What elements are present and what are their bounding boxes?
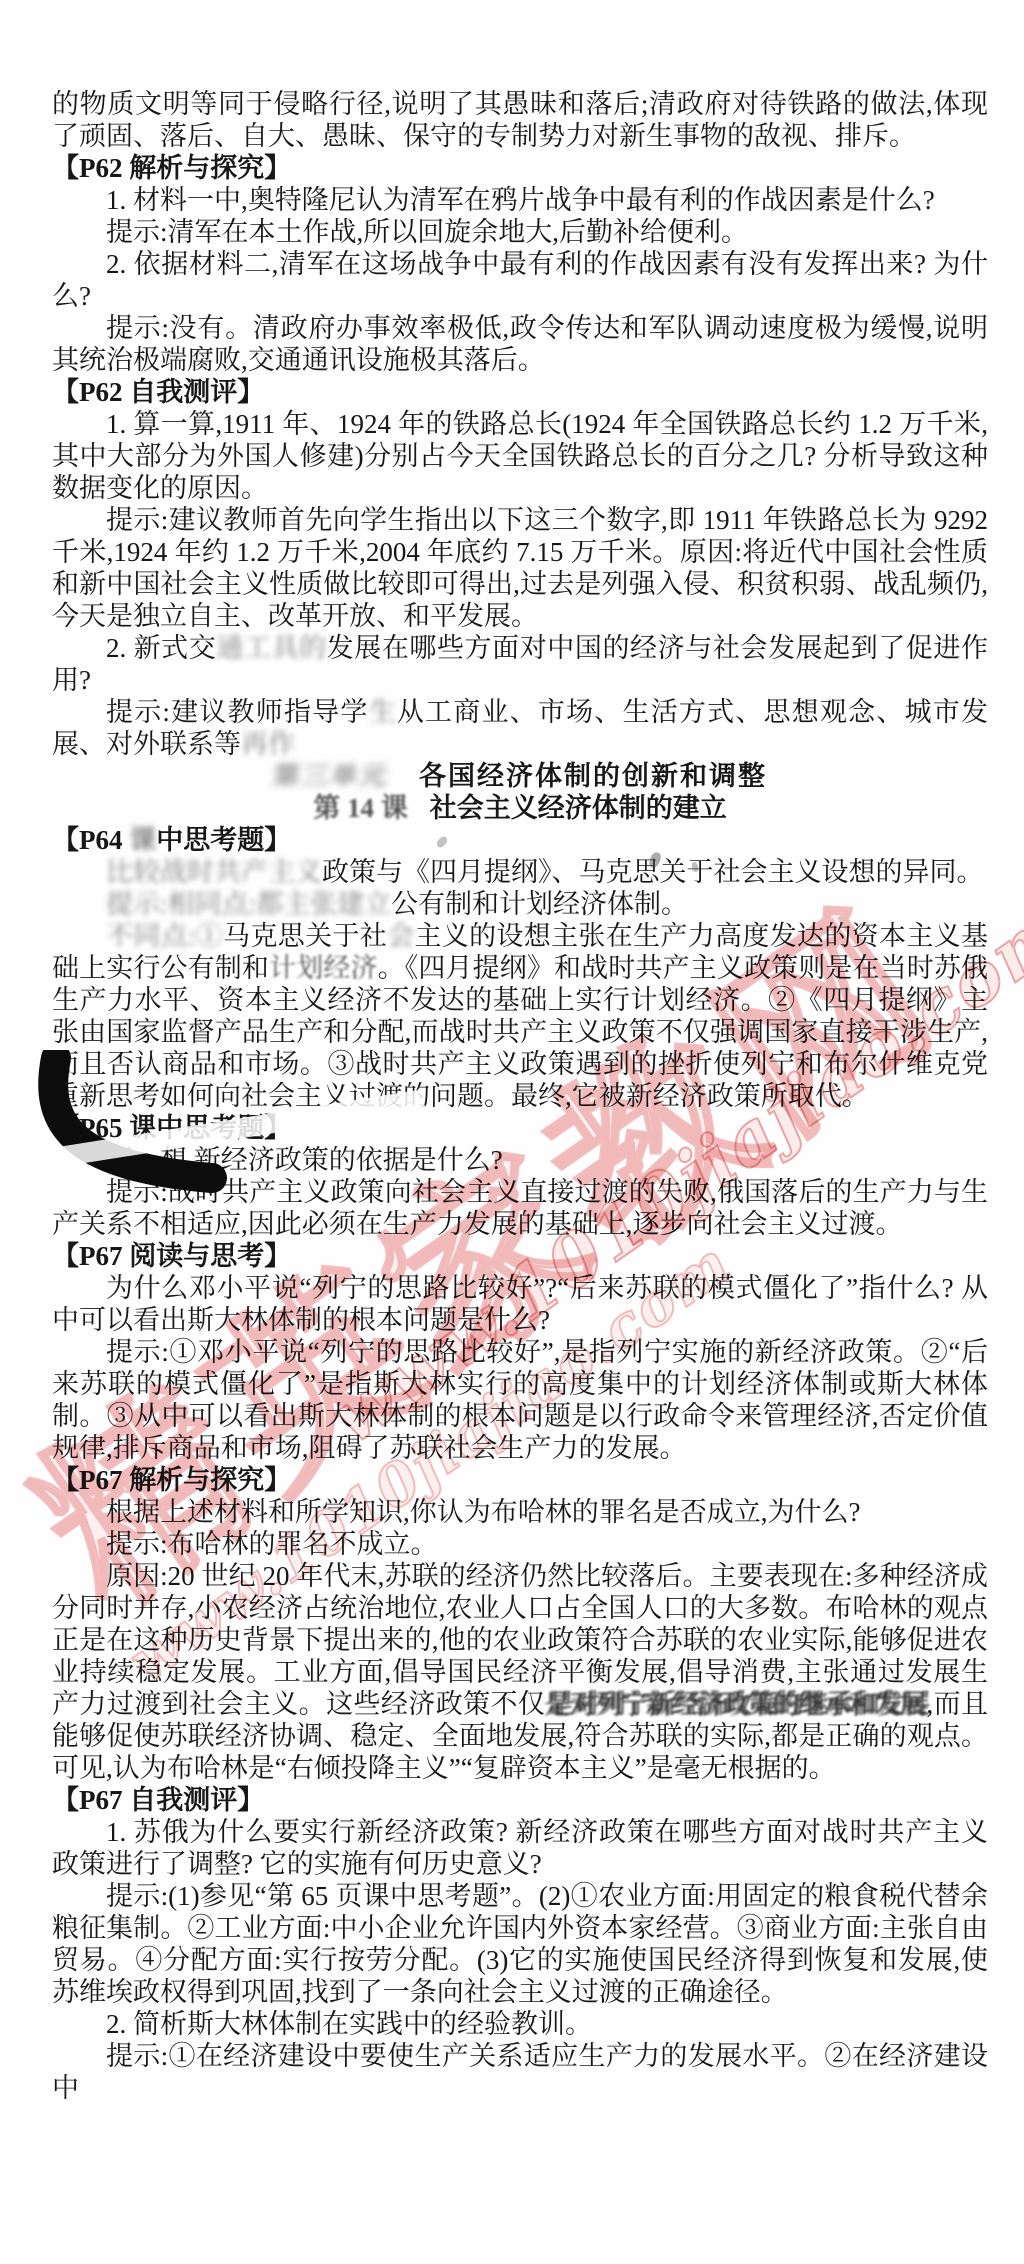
scanned-page: 的物质文明等同于侵略行径,说明了其愚昧和落后;清政府对待铁路的做法,体现了顽固、… (0, 0, 1024, 2264)
hint-line: 提示:①邓小平说“列宁的思路比较好”,是指列宁实施的新经济政策。②“后来苏联的模… (52, 1336, 988, 1464)
heading-p62-selftest: 【P62 自我测评】 (52, 376, 988, 408)
smudged-text: 生 (369, 697, 397, 727)
text-fragment: 公有制和计划经济体制。 (391, 889, 688, 919)
heading-p67-selftest: 【P67 自我测评】 (52, 1784, 988, 1816)
hint-line-smudged: 提示:建议教师指导学生从工商业、市场、生活方式、思想观念、城市发展、对外联系等再… (52, 696, 988, 760)
smudged-text: 提示:相同点:都主张建立 (106, 889, 391, 919)
unit-title-text: 各国经济体制的创新和调整 (419, 761, 767, 791)
question-line: 1. 材料一中,奥特隆尼认为清军在鸦片战争中最有利的作战因素是什么? (52, 184, 988, 216)
answer-paragraph-smudged: 原因:20 世纪 20 年代末,苏联的经济仍然比较落后。主要表现在:多种经济成分… (52, 1560, 988, 1784)
text-fragment: 提示:建议教师指导学 (106, 697, 369, 727)
hint-line: 提示:清军在本土作战,所以回旋余地大,后勤补给便利。 (52, 216, 988, 248)
hint-line-truncated: 提示:①在经济建设中要使生产关系适应生产力的发展水平。②在经济建设中 (52, 2040, 988, 2104)
text-fragment: 马克思关于社 (223, 921, 387, 951)
hint-line: 提示:战时共产主义政策向社会主义直接过渡的失败,俄国落后的生产力与生产关系不相适… (52, 1176, 988, 1240)
hint-line: 提示:布哈林的罪名不成立。 (52, 1528, 988, 1560)
smudged-text: 计划经济 (269, 953, 378, 983)
question-line-smudged: 比较战时共产主义政策与《四月提纲》、马克思关于社会主义设想的异同。 (52, 856, 988, 888)
hint-line-smudged: 提示:相同点:都主张建立公有制和计划经济体制。 (52, 888, 988, 920)
question-line: 2. 简析斯大林体制在实践中的经验教训。 (52, 2008, 988, 2040)
smudged-text: 会 (387, 921, 414, 951)
text-fragment: 政策与《四月提纲》、马克思关于社会主义设想的异同。 (322, 857, 984, 887)
heading-p67-read: 【P67 阅读与思考】 (52, 1240, 988, 1272)
text-fragment: 中思考题】 (156, 825, 291, 855)
question-line: 根据上述材料和所学知识,你认为布哈林的罪名是否成立,为什么? (52, 1496, 988, 1528)
question-line-smudged: 2. 新式交通工具的发展在哪些方面对中国的经济与社会发展起到了促进作用? (52, 632, 988, 696)
text-fragment: 2. 新式交 (106, 633, 216, 663)
page-text-column: 的物质文明等同于侵略行径,说明了其愚昧和落后;清政府对待铁路的做法,体现了顽固、… (52, 88, 988, 2104)
heading-p64-think: 【P64 课中思考题】 (52, 824, 988, 856)
smudged-text: 通工具的 (216, 633, 326, 663)
text-fragment: 【P64 (52, 825, 129, 855)
question-line: 想一想,新经济政策的依据是什么? (52, 1144, 988, 1176)
heading-p65-think: 【P65 课中思考题】 (52, 1112, 988, 1144)
smudged-text: 课 (129, 825, 156, 855)
double-printed-text: 是对列宁新经济政策的继承和发展 (545, 1689, 926, 1719)
lesson-title-text: 社会主义经济体制的建立 (430, 793, 727, 823)
answer-paragraph-smudged: 不同点:①马克思关于社会主义的设想主张在生产力高度发达的资本主义基础上实行公有制… (52, 920, 988, 1112)
hint-line: 提示:没有。清政府办事效率极低,政令传达和军队调动速度极为缓慢,说明其统治极端腐… (52, 312, 988, 376)
paragraph-intro-tail: 的物质文明等同于侵略行径,说明了其愚昧和落后;清政府对待铁路的做法,体现了顽固、… (52, 88, 988, 152)
hint-line: 提示:建议教师首先向学生指出以下这三个数字,即 1911 年铁路总长为 9292… (52, 504, 988, 632)
lesson-title: 第 14 课社会主义经济体制的建立 (52, 792, 988, 824)
heading-p62-explore: 【P62 解析与探究】 (52, 152, 988, 184)
question-line: 1. 苏俄为什么要实行新经济政策? 新经济政策在哪些方面对战时共产主义政策进行了… (52, 1816, 988, 1880)
question-line: 2. 依据材料二,清军在这场战争中最有利的作战因素有没有发挥出来? 为什么? (52, 248, 988, 312)
question-line: 1. 算一算,1911 年、1924 年的铁路总长(1924 年全国铁路总长约 … (52, 408, 988, 504)
heading-p67-explore: 【P67 解析与探究】 (52, 1464, 988, 1496)
unit-title: 第三单元各国经济体制的创新和调整 (52, 760, 988, 792)
smudged-text: 比较战时共产主义 (106, 857, 322, 887)
smudged-text: 不同点:① (106, 921, 223, 951)
lesson-label-smudged: 第 14 课 (313, 793, 408, 823)
unit-label-smudged: 第三单元 (271, 761, 391, 790)
hint-line: 提示:(1)参见“第 65 页课中思考题”。(2)①农业方面:用固定的粮食税代替… (52, 1880, 988, 2008)
smudged-text: 再作 (241, 729, 295, 759)
question-line: 为什么邓小平说“列宁的思路比较好”?“后来苏联的模式僵化了”指什么? 从中可以看… (52, 1272, 988, 1336)
